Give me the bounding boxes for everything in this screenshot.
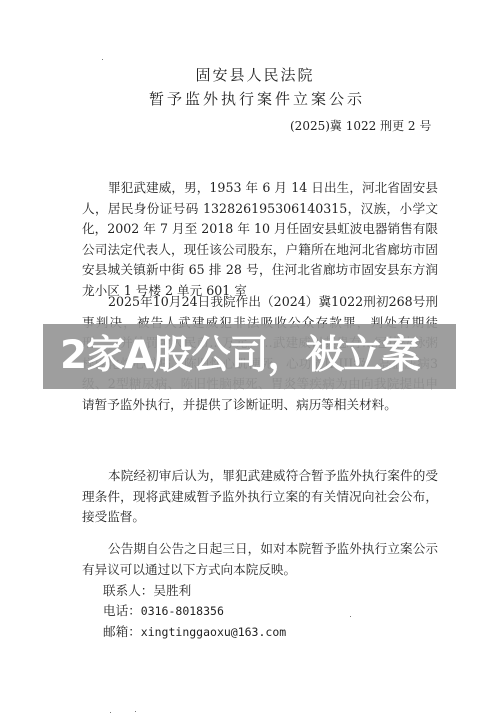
contact-person: 联系人：吴胜利 bbox=[103, 580, 191, 599]
paragraph-defendant-info: 罪犯武建威，男，1953 年 6 月 14 日出生，河北省固安县人，居民身份证号… bbox=[82, 178, 438, 302]
scan-speck bbox=[135, 711, 136, 712]
contact-email: 邮箱：xingtinggaoxu@163.com bbox=[103, 621, 286, 640]
contact-email-label: 邮箱： bbox=[103, 624, 141, 639]
paragraph-text: 公告期自公告之日起三日，如对本院暂予监外执行立案公示有异议可以通过以下方式向本院… bbox=[82, 539, 438, 580]
contact-phone-label: 电话： bbox=[103, 603, 141, 618]
paragraph-text: 本院经初审后认为，罪犯武建威符合暂予监外执行案件的受理条件，现将武建威暂予监外执… bbox=[82, 466, 438, 528]
paragraph-review: 本院经初审后认为，罪犯武建威符合暂予监外执行案件的受理条件，现将武建威暂予监外执… bbox=[82, 466, 438, 528]
contact-phone-value: 0316-8018356 bbox=[141, 604, 224, 618]
case-number: (2025)冀 1022 刑更 2 号 bbox=[290, 117, 431, 134]
contact-person-label: 联系人： bbox=[103, 583, 153, 598]
contact-person-value: 吴胜利 bbox=[153, 583, 191, 598]
contact-phone: 电话：0316-8018356 bbox=[103, 600, 224, 619]
paragraph-notice-period: 公告期自公告之日起三日，如对本院暂予监外执行立案公示有异议可以通过以下方式向本院… bbox=[82, 539, 438, 580]
court-name: 固安县人民法院 bbox=[5, 64, 500, 85]
paragraph-text: 罪犯武建威，男，1953 年 6 月 14 日出生，河北省固安县人，居民身份证号… bbox=[82, 178, 438, 302]
scan-speck bbox=[110, 712, 111, 713]
scan-speck bbox=[102, 59, 103, 60]
contact-email-value: xingtinggaoxu@163.com bbox=[141, 625, 286, 639]
scan-speck bbox=[350, 616, 351, 617]
headline-overlay-caption: 2家A股公司，被立案 bbox=[60, 330, 419, 382]
document-title: 暂予监外执行案件立案公示 bbox=[7, 88, 500, 109]
